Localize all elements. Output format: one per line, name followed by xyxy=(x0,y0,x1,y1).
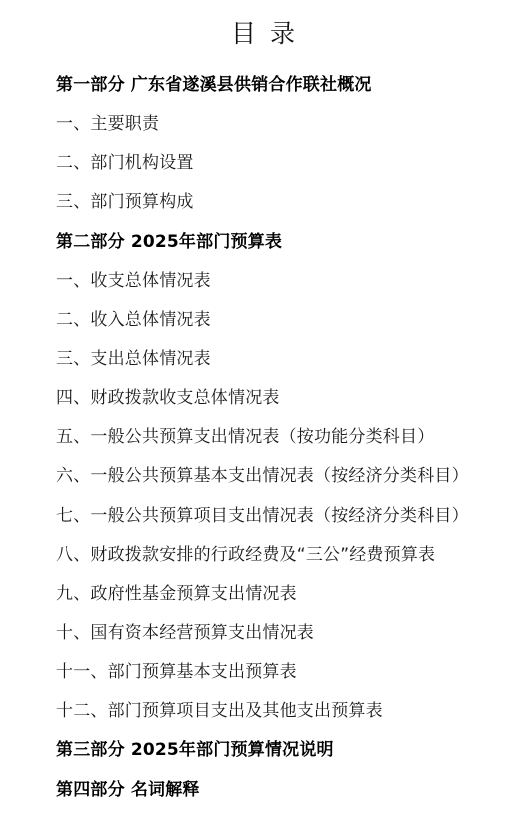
toc-part-3[interactable]: 第三部分2025年部门预算情况说明 xyxy=(56,738,469,777)
toc-item[interactable]: 二、部门机构设置 xyxy=(56,151,469,190)
toc-entry-text: 一般公共预算项目支出情况表（按经济分类科目） xyxy=(90,506,468,526)
toc-entry-number: 三、 xyxy=(56,192,90,212)
toc-entry-text: 政府性基金预算支出情况表 xyxy=(90,584,296,604)
toc-entry-number: 九、 xyxy=(56,584,90,604)
toc-part-2[interactable]: 第二部分2025年部门预算表 xyxy=(56,230,469,269)
toc-entry-text: 一般公共预算基本支出情况表（按经济分类科目） xyxy=(90,466,468,486)
toc-entry-text: 部门机构设置 xyxy=(90,153,193,173)
toc-entry-number: 一、 xyxy=(56,114,90,134)
toc-entry-number: 第二部分 xyxy=(56,232,125,252)
toc-item[interactable]: 七、一般公共预算项目支出情况表（按经济分类科目） xyxy=(56,504,469,543)
toc-entry-number: 二、 xyxy=(56,153,90,173)
toc-entry-number: 八、 xyxy=(56,545,90,565)
toc-entry-number: 六、 xyxy=(56,466,90,486)
toc-item[interactable]: 六、一般公共预算基本支出情况表（按经济分类科目） xyxy=(56,464,469,503)
toc-item[interactable]: 三、部门预算构成 xyxy=(56,190,469,229)
toc-item[interactable]: 一、收支总体情况表 xyxy=(56,269,469,308)
toc-item[interactable]: 十二、部门预算项目支出及其他支出预算表 xyxy=(56,699,469,738)
toc-entry-text: 名词解释 xyxy=(131,780,200,800)
toc-entry-number: 十二、 xyxy=(56,701,108,721)
document-page: 目录 第一部分广东省遂溪县供销合作联社概况 一、主要职责 二、部门机构设置 三、… xyxy=(0,0,530,833)
toc-entry-text: 财政拨款收支总体情况表 xyxy=(90,388,279,408)
toc-item[interactable]: 三、支出总体情况表 xyxy=(56,347,469,386)
toc-item[interactable]: 十一、部门预算基本支出预算表 xyxy=(56,660,469,699)
toc-list: 第一部分广东省遂溪县供销合作联社概况 一、主要职责 二、部门机构设置 三、部门预… xyxy=(56,73,469,817)
toc-entry-text: 一般公共预算支出情况表（按功能分类科目） xyxy=(90,427,434,447)
toc-entry-text: 财政拨款安排的行政经费及“三公”经费预算表 xyxy=(90,545,435,565)
toc-entry-text: 收支总体情况表 xyxy=(90,271,210,291)
toc-title: 目录 xyxy=(0,19,526,49)
toc-item[interactable]: 四、财政拨款收支总体情况表 xyxy=(56,386,469,425)
toc-entry-text: 2025年部门预算情况说明 xyxy=(131,740,334,760)
toc-item[interactable]: 一、主要职责 xyxy=(56,112,469,151)
toc-entry-text: 支出总体情况表 xyxy=(90,349,210,369)
toc-part-1[interactable]: 第一部分广东省遂溪县供销合作联社概况 xyxy=(56,73,469,112)
toc-item[interactable]: 九、政府性基金预算支出情况表 xyxy=(56,582,469,621)
toc-item[interactable]: 二、收入总体情况表 xyxy=(56,308,469,347)
toc-entry-number: 第一部分 xyxy=(56,75,125,95)
toc-entry-text: 部门预算基本支出预算表 xyxy=(108,662,297,682)
toc-entry-text: 国有资本经营预算支出情况表 xyxy=(90,623,314,643)
toc-entry-text: 部门预算项目支出及其他支出预算表 xyxy=(108,701,383,721)
toc-entry-number: 五、 xyxy=(56,427,90,447)
toc-entry-number: 二、 xyxy=(56,310,90,330)
toc-entry-number: 第四部分 xyxy=(56,780,125,800)
toc-entry-number: 三、 xyxy=(56,349,90,369)
toc-item[interactable]: 八、财政拨款安排的行政经费及“三公”经费预算表 xyxy=(56,543,469,582)
toc-item[interactable]: 五、一般公共预算支出情况表（按功能分类科目） xyxy=(56,425,469,464)
toc-entry-number: 一、 xyxy=(56,271,90,291)
toc-entry-text: 2025年部门预算表 xyxy=(131,232,282,252)
toc-entry-number: 十一、 xyxy=(56,662,108,682)
toc-entry-text: 部门预算构成 xyxy=(90,192,193,212)
toc-part-4[interactable]: 第四部分名词解释 xyxy=(56,778,469,817)
toc-entry-number: 十、 xyxy=(56,623,90,643)
toc-item[interactable]: 十、国有资本经营预算支出情况表 xyxy=(56,621,469,660)
toc-entry-text: 收入总体情况表 xyxy=(90,310,210,330)
toc-entry-number: 四、 xyxy=(56,388,90,408)
toc-entry-number: 七、 xyxy=(56,506,90,526)
toc-entry-text: 主要职责 xyxy=(90,114,159,134)
toc-entry-number: 第三部分 xyxy=(56,740,125,760)
toc-entry-text: 广东省遂溪县供销合作联社概况 xyxy=(131,75,372,95)
